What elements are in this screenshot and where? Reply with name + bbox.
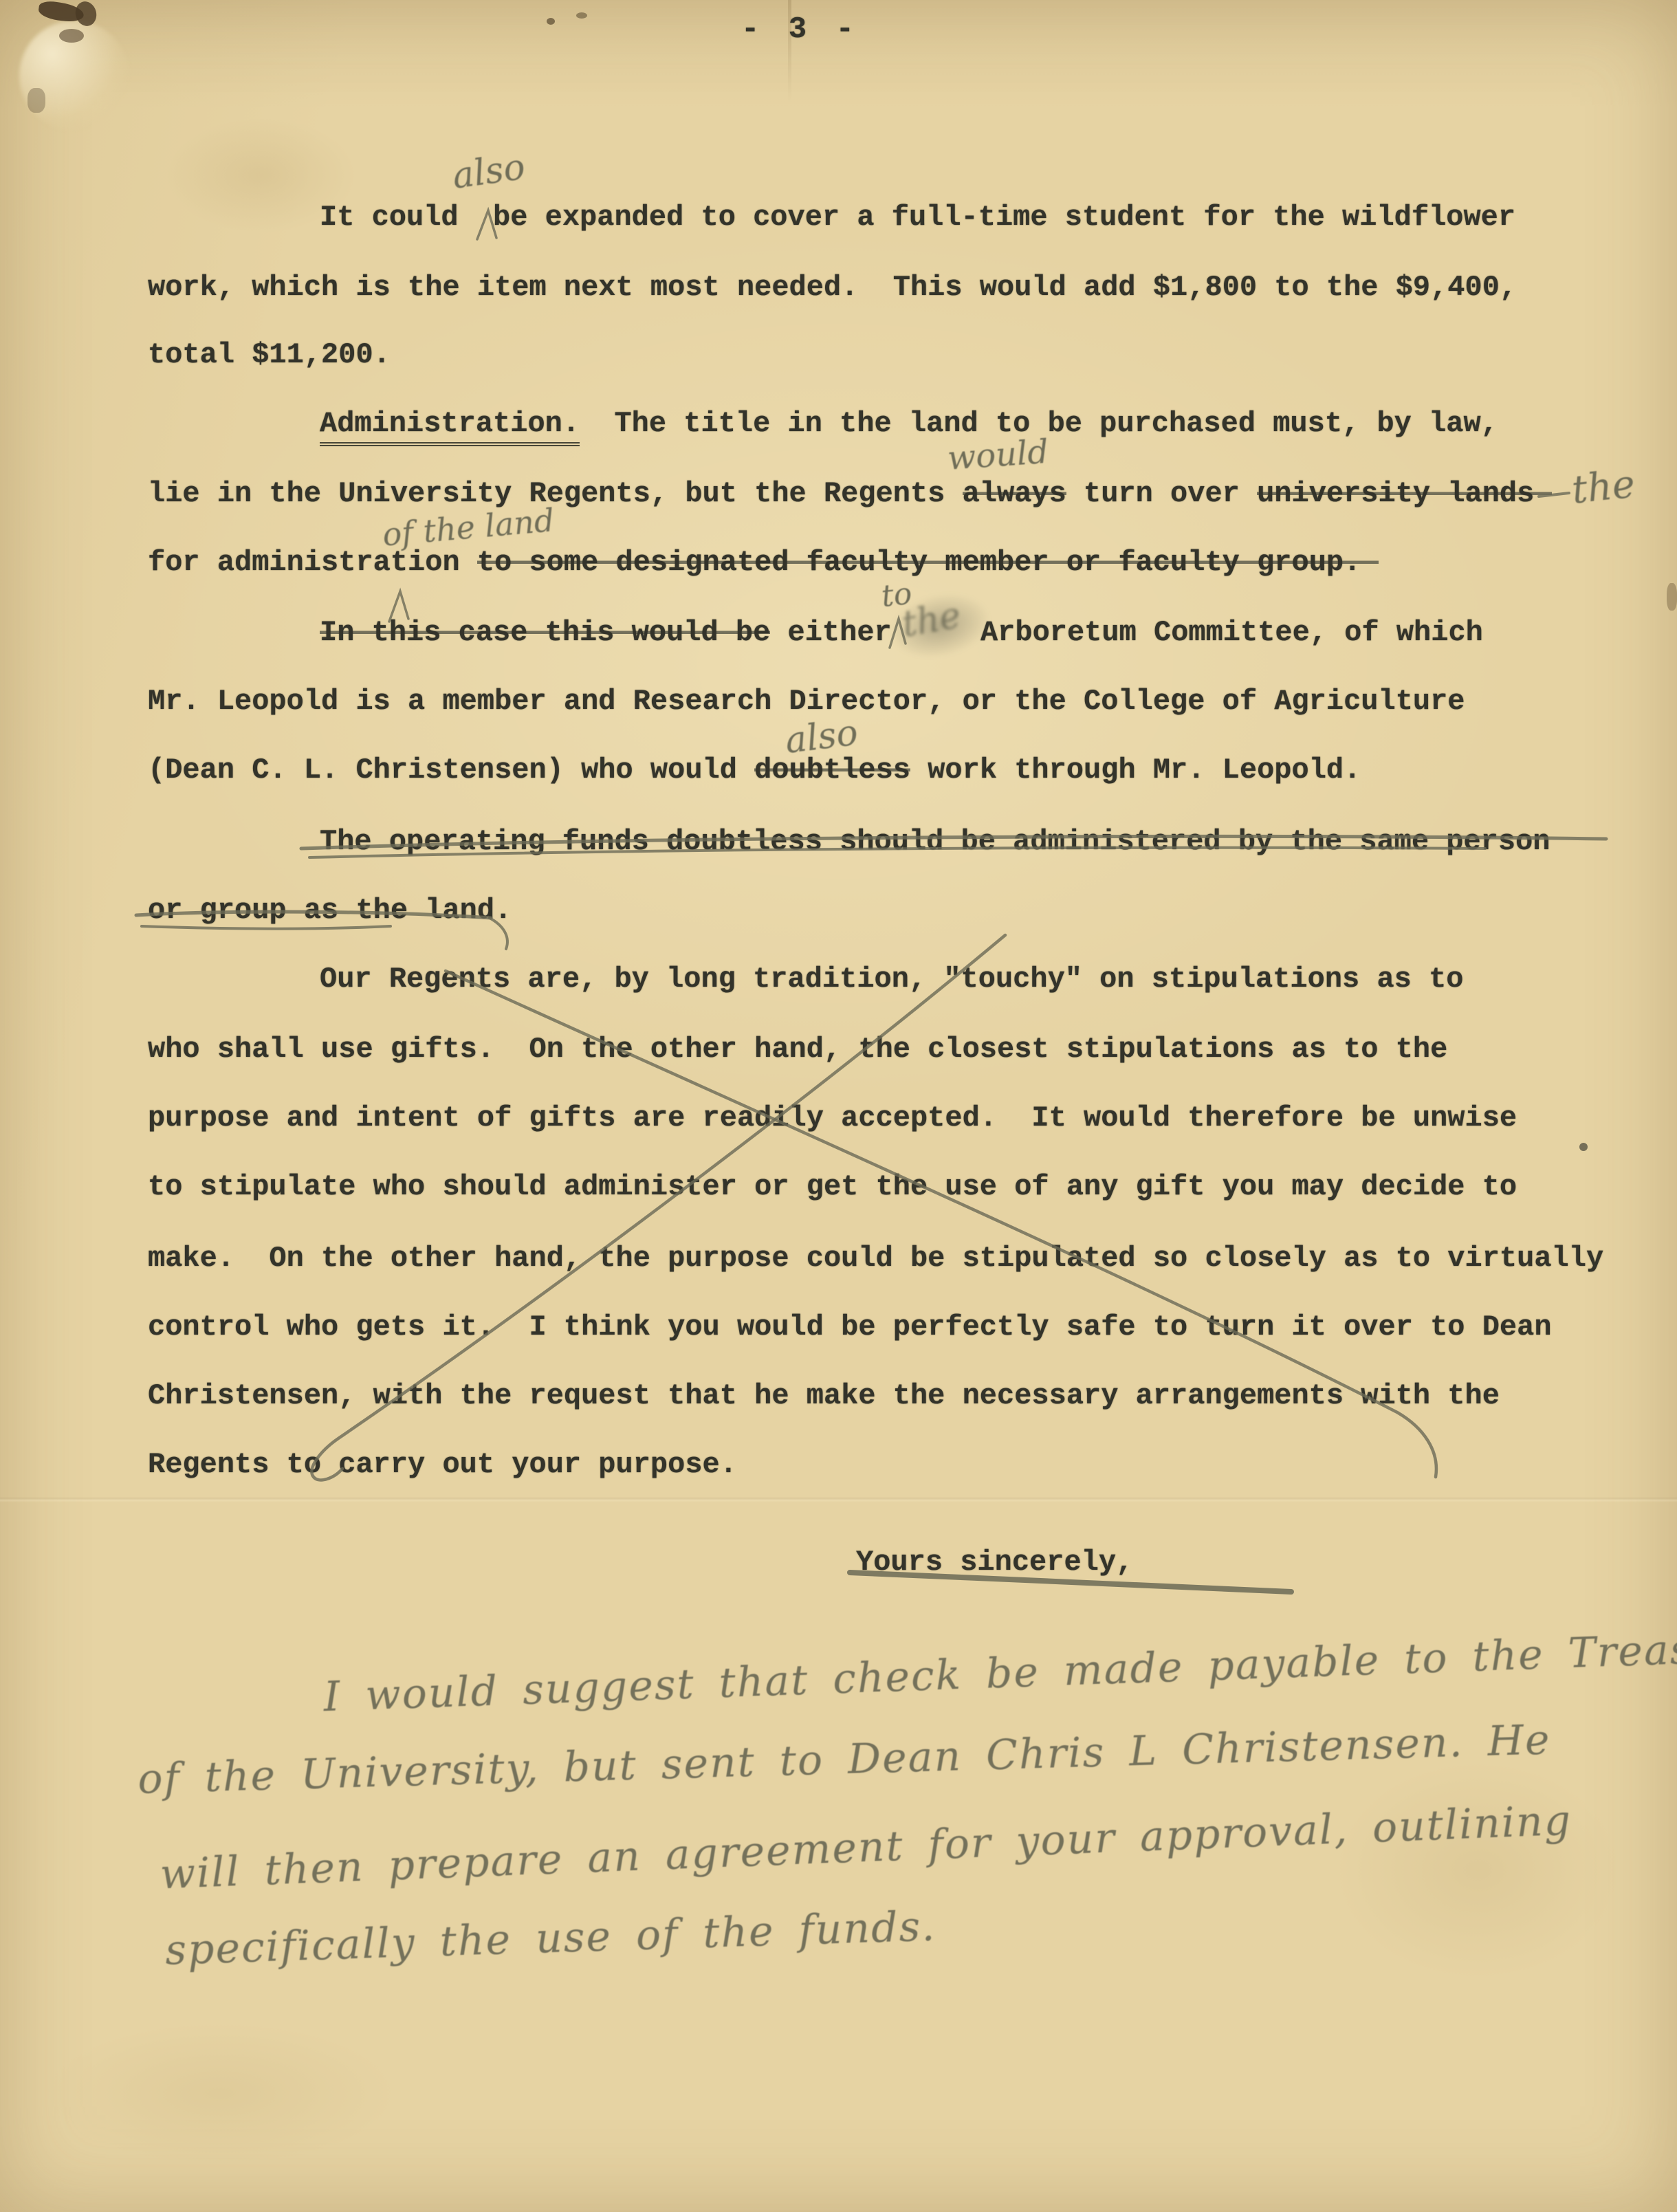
typed-text: The operating funds doubtless should be … bbox=[320, 825, 1550, 858]
typed-text: to stipulate who should administer or ge… bbox=[148, 1170, 1517, 1203]
struck-text: university lands bbox=[1257, 477, 1551, 510]
scanned-letter-page: - 3 - It could be expanded to cover a fu… bbox=[0, 0, 1677, 2212]
typed-text: purpose and intent of gifts are readily … bbox=[148, 1102, 1517, 1135]
paper-tear-patch bbox=[19, 21, 129, 131]
typed-line: total $11,200. bbox=[148, 338, 391, 371]
typed-text: (Dean C. L. Christensen) who would bbox=[148, 754, 754, 787]
typed-line: (Dean C. L. Christensen) who would doubt… bbox=[148, 754, 1361, 787]
typed-text: total $11,200. bbox=[148, 338, 391, 371]
handwritten-insertion-also: also bbox=[450, 146, 527, 197]
horizontal-crease bbox=[0, 1498, 1677, 1502]
typed-line: It could be expanded to cover a full-tim… bbox=[320, 201, 1515, 234]
paper-stain bbox=[41, 2022, 399, 2166]
paper-speck bbox=[547, 18, 555, 25]
typed-line: Christensen, with the request that he ma… bbox=[148, 1379, 1500, 1412]
postscript-line: will then prepare an agreement for your … bbox=[159, 1797, 1572, 1899]
typed-text: work through Mr. Leopold. bbox=[910, 754, 1361, 787]
typed-text: Regents to carry out your purpose. bbox=[148, 1448, 737, 1481]
typed-line: for administration to some designated fa… bbox=[148, 546, 1379, 579]
typed-text: who shall use gifts. On the other hand, … bbox=[148, 1033, 1447, 1066]
typed-text: control who gets it. I think you would b… bbox=[148, 1311, 1552, 1344]
underlined-heading: Administration. bbox=[320, 407, 580, 446]
typed-text: or group as the land. bbox=[148, 894, 512, 927]
corner-dark-mark bbox=[28, 88, 45, 113]
postscript-line: I would suggest that check be made payab… bbox=[322, 1622, 1677, 1721]
handwritten-insertion-would: would bbox=[946, 432, 1050, 478]
pencil-dot bbox=[1579, 1143, 1588, 1151]
handwritten-insertion-also: also bbox=[783, 712, 860, 762]
typed-text: work, which is the item next most needed… bbox=[148, 271, 1517, 304]
postscript-line: specifically the use of the funds. bbox=[164, 1902, 936, 1974]
closing-line: Yours sincerely, bbox=[856, 1546, 1133, 1579]
struck-text: to some designated faculty member or fac… bbox=[477, 546, 1379, 579]
paper-speck bbox=[576, 12, 587, 19]
corner-dark-mark bbox=[59, 29, 84, 43]
typed-text: lie in the University Regents, but the R… bbox=[148, 477, 963, 510]
typed-line: Administration. The title in the land to… bbox=[320, 407, 1498, 440]
corner-dark-mark bbox=[38, 0, 85, 23]
typed-text: Christensen, with the request that he ma… bbox=[148, 1379, 1500, 1412]
typed-line: lie in the University Regents, but the R… bbox=[148, 477, 1552, 510]
typed-line: work, which is the item next most needed… bbox=[148, 271, 1517, 304]
typed-line: control who gets it. I think you would b… bbox=[148, 1311, 1552, 1344]
typed-text: make. On the other hand, the purpose cou… bbox=[148, 1242, 1603, 1275]
typed-line: who shall use gifts. On the other hand, … bbox=[148, 1033, 1447, 1066]
paper-stain bbox=[1334, 1760, 1623, 1980]
typed-line: to stipulate who should administer or ge… bbox=[148, 1170, 1517, 1203]
typed-text: Arboretum Committee, of which bbox=[980, 616, 1483, 649]
edge-nick bbox=[1667, 583, 1677, 611]
typed-line: The operating funds doubtless should be … bbox=[320, 825, 1550, 858]
struck-text: doubtless bbox=[754, 754, 910, 787]
typed-line: make. On the other hand, the purpose cou… bbox=[148, 1242, 1603, 1275]
typed-line: or group as the land. bbox=[148, 894, 512, 927]
typed-text: Mr. Leopold is a member and Research Dir… bbox=[148, 685, 1465, 718]
typed-line: Our Regents are, by long tradition, "tou… bbox=[320, 963, 1463, 996]
handwritten-insertion-the: the bbox=[1570, 461, 1637, 512]
typed-text: It could be expanded to cover a full-tim… bbox=[320, 201, 1515, 234]
typed-line: Regents to carry out your purpose. bbox=[148, 1448, 737, 1481]
page-number: - 3 - bbox=[741, 12, 859, 47]
struck-text: always bbox=[963, 477, 1066, 510]
typed-line: Mr. Leopold is a member and Research Dir… bbox=[148, 685, 1465, 718]
typed-text: turn over bbox=[1066, 477, 1257, 510]
struck-text: In this case this would be bbox=[320, 616, 770, 649]
postscript-line: of the University, but sent to Dean Chri… bbox=[137, 1716, 1551, 1803]
typed-text: for administration bbox=[148, 546, 477, 579]
corner-dark-mark bbox=[73, 0, 99, 28]
typed-text: Our Regents are, by long tradition, "tou… bbox=[320, 963, 1463, 996]
typed-text: Yours sincerely, bbox=[856, 1546, 1133, 1579]
typed-line: purpose and intent of gifts are readily … bbox=[148, 1102, 1517, 1135]
